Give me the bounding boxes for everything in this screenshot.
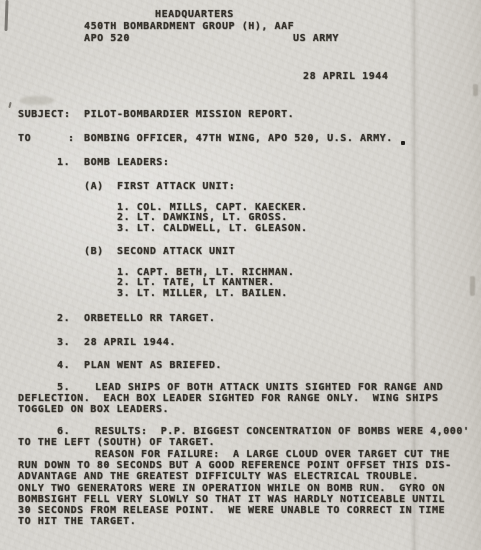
para-6-reason-text: REASON FOR FAILURE: A LARGE CLOUD OVER T… — [95, 449, 450, 460]
item-3-text: 28 APRIL 1944. — [84, 337, 176, 348]
to-label: TO — [18, 133, 31, 144]
scan-smudge-left — [20, 96, 54, 105]
header-us-army: US ARMY — [293, 33, 339, 44]
para-6-first-text: RESULTS: P.P. BIGGEST CONCENTRATION OF B… — [95, 426, 470, 437]
subject-line: SUBJECT: PILOT-BOMBARDIER MISSION REPORT… — [18, 109, 44, 120]
document-page: HEADQUARTERS 450TH BOMBARDMENT GROUP (H)… — [0, 0, 481, 550]
para-5-line-3: TOGGLED ON BOX LEADERS. — [18, 404, 169, 415]
unit-b-tag: (B) — [84, 246, 104, 257]
unit-b-heading: (B) SECOND ATTACK UNIT — [18, 246, 44, 257]
to-value: BOMBING OFFICER, 47TH WING, APO 520, U.S… — [84, 133, 393, 144]
item-1-text: BOMB LEADERS: — [84, 157, 169, 168]
header-group-line: 450TH BOMBARDMENT GROUP (H), AAF — [84, 21, 294, 32]
para-6-line-1: 6. RESULTS: P.P. BIGGEST CONCENTRATION O… — [18, 426, 44, 437]
list-item-1: 1. BOMB LEADERS: — [18, 157, 44, 168]
unit-b-name-2: 2. LT. TATE, LT KANTNER. — [117, 277, 275, 288]
para-6-line-5: ADVANTAGE AND THE GREATEST DIFFICULTY WA… — [18, 471, 419, 482]
para-5-first-text: LEAD SHIPS OF BOTH ATTACK UNITS SIGHTED … — [95, 382, 443, 393]
subject-value: PILOT-BOMBARDIER MISSION REPORT. — [84, 109, 294, 120]
item-1-number: 1. — [57, 157, 70, 168]
list-item-4: 4. PLAN WENT AS BRIEFED. — [18, 360, 44, 371]
para-6-line-6: ONLY TWO GENERATORS WERE IN OPERATION WH… — [18, 483, 445, 494]
header-headquarters: HEADQUARTERS — [155, 9, 234, 20]
para-6-line-2: TO THE LEFT (SOUTH) OF TARGET. — [18, 437, 215, 448]
unit-a-title: FIRST ATTACK UNIT: — [117, 181, 235, 192]
para-6-line-4: RUN DOWN TO 80 SECONDS BUT A GOOD REFERE… — [18, 460, 452, 471]
scan-mark-right-edge — [473, 84, 478, 96]
item-2-number: 2. — [57, 313, 70, 324]
unit-a-name-3: 3. LT. CALDWELL, LT. GLEASON. — [117, 223, 308, 234]
para-5-line-2: DEFLECTION. EACH BOX LEADER SIGHTED FOR … — [18, 393, 439, 404]
header-apo: APO 520 — [84, 33, 130, 44]
para-6-number: 6. — [57, 426, 70, 437]
item-3-number: 3. — [57, 337, 70, 348]
list-item-3: 3. 28 APRIL 1944. — [18, 337, 44, 348]
unit-a-name-2: 2. LT. DAWKINS, LT. GROSS. — [117, 212, 288, 223]
para-6-line-9: TO HIT THE TARGET. — [18, 516, 136, 527]
list-item-2: 2. ORBETELLO RR TARGET. — [18, 313, 44, 324]
para-6-line-8: 30 SECONDS FROM RELEASE POINT. WE WERE U… — [18, 505, 445, 516]
item-2-text: ORBETELLO RR TARGET. — [84, 313, 215, 324]
subject-label: SUBJECT: — [18, 109, 71, 120]
scan-tick-left — [8, 102, 11, 108]
para-6-line-3: REASON FOR FAILURE: A LARGE CLOUD OVER T… — [18, 449, 44, 460]
unit-a-heading: (A) FIRST ATTACK UNIT: — [18, 181, 44, 192]
item-4-text: PLAN WENT AS BRIEFED. — [84, 360, 222, 371]
unit-a-tag: (A) — [84, 181, 104, 192]
unit-b-title: SECOND ATTACK UNIT — [117, 246, 235, 257]
item-4-number: 4. — [57, 360, 70, 371]
to-line: TO : BOMBING OFFICER, 47TH WING, APO 520… — [18, 133, 44, 144]
scan-speck-dot — [401, 141, 405, 145]
header-date: 28 APRIL 1944 — [303, 71, 388, 82]
unit-b-name-3: 3. LT. MILLER, LT. BAILEN. — [117, 288, 288, 299]
scan-mark-right-edge-2 — [470, 276, 475, 296]
para-6-line-7: BOMBSIGHT FELL VERY SLOWLY SO THAT IT WA… — [18, 494, 445, 505]
to-colon: : — [68, 133, 75, 144]
scan-streak-top-left — [4, 0, 8, 31]
para-5-line-1: 5. LEAD SHIPS OF BOTH ATTACK UNITS SIGHT… — [18, 382, 44, 393]
para-5-number: 5. — [57, 382, 70, 393]
